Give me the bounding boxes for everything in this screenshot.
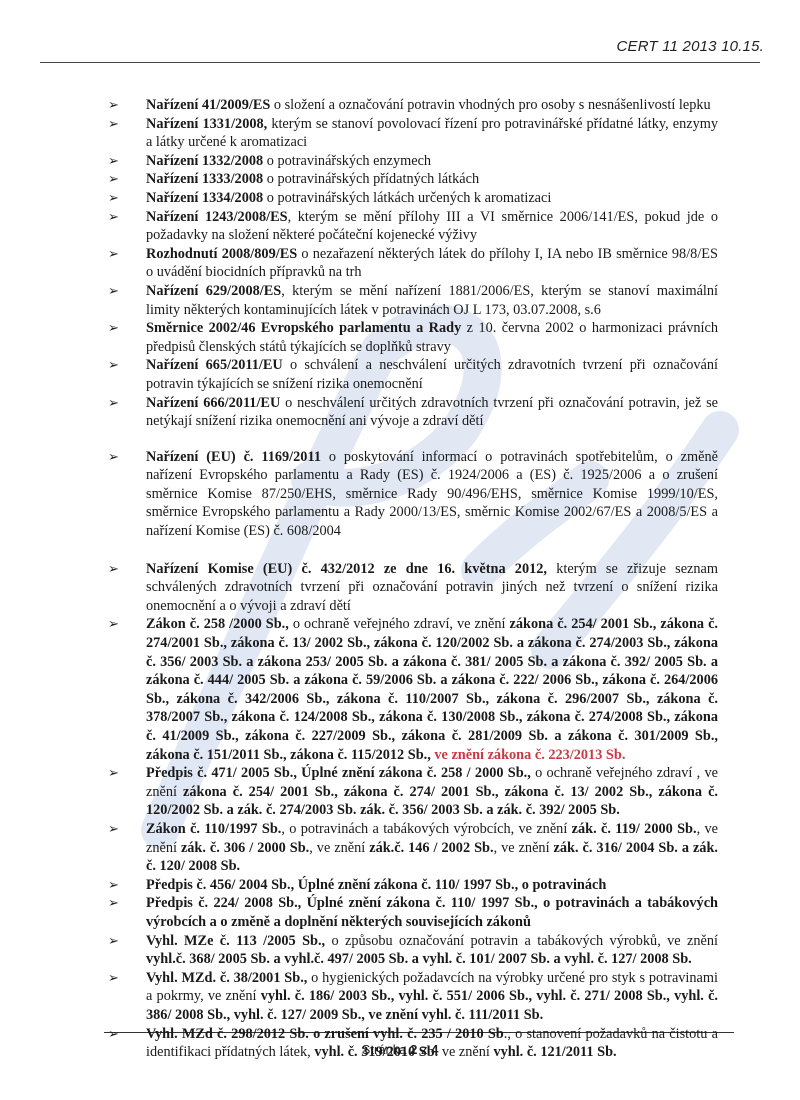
arrow-bullet-icon: ➢: [108, 282, 119, 301]
list-item: ➢Zákon č. 110/1997 Sb., o potravinách a …: [100, 820, 718, 876]
regulation-description: o složení a označování potravin vhodných…: [270, 97, 710, 113]
arrow-bullet-icon: ➢: [108, 894, 119, 913]
regulation-reference: Zákon č. 258 /2000 Sb.,: [146, 616, 289, 632]
regulation-reference: Nařízení 666/2011/EU: [146, 395, 280, 411]
regulation-reference: Vyhl. MZd č. 298/2012 Sb. o zrušení vyhl…: [146, 1026, 504, 1042]
regulation-description: o potravinářských látkách určených k aro…: [263, 190, 551, 206]
arrow-bullet-icon: ➢: [108, 245, 119, 264]
arrow-bullet-icon: ➢: [108, 96, 119, 115]
regulation-reference: zák. č. 306 / 2000 Sb.: [181, 840, 309, 856]
regulation-description: o potravinářských enzymech: [263, 153, 431, 169]
regulation-reference: Nařízení 1333/2008: [146, 171, 263, 187]
header-divider: [40, 62, 760, 63]
list-item: ➢Nařízení 666/2011/EU o neschválení urči…: [100, 394, 718, 431]
arrow-bullet-icon: ➢: [108, 1025, 119, 1044]
regulation-reference: Nařízení 629/2008/ES: [146, 283, 281, 299]
regulation-description: ve znění: [438, 1044, 493, 1060]
regulation-reference: Směrnice 2002/46 Evropského parlamentu a…: [146, 320, 461, 336]
arrow-bullet-icon: ➢: [108, 764, 119, 783]
list-item: ➢Předpis č. 456/ 2004 Sb., Úplné znění z…: [100, 876, 718, 895]
arrow-bullet-icon: ➢: [108, 319, 119, 338]
regulation-reference: Nařízení 1334/2008: [146, 190, 263, 206]
list-item: ➢Nařízení Komise (EU) č. 432/2012 ze dne…: [100, 560, 718, 616]
regulation-reference: Nařízení 1243/2008/ES: [146, 209, 288, 225]
regulation-reference: vyhl. č. 319/2010 Sb.: [314, 1044, 438, 1060]
regulation-reference: vyhl.č. 368/ 2005 Sb. a vyhl.č. 497/ 200…: [146, 951, 692, 967]
regulation-reference: zákona č. 254/ 2001 Sb., zákona č. 274/2…: [146, 616, 718, 762]
amendment-highlight: ve znění zákona č. 223/2013 Sb.: [431, 747, 626, 763]
regulation-description: o potravinářských přídatných látkách: [263, 171, 479, 187]
regulation-reference: Nařízení 665/2011/EU: [146, 357, 283, 373]
arrow-bullet-icon: ➢: [108, 876, 119, 895]
arrow-bullet-icon: ➢: [108, 356, 119, 375]
regulation-reference: Předpis č. 471/ 2005 Sb., Úplné znění zá…: [146, 765, 531, 781]
regulation-reference: Vyhl. MZd. č. 38/2001 Sb.,: [146, 970, 307, 986]
list-item: ➢Nařízení (EU) č. 1169/2011 o poskytován…: [100, 448, 718, 541]
list-item: ➢Nařízení 629/2008/ES, kterým se mění na…: [100, 282, 718, 319]
list-item: ➢Předpis č. 471/ 2005 Sb., Úplné znění z…: [100, 764, 718, 820]
arrow-bullet-icon: ➢: [108, 969, 119, 988]
regulation-reference: zák.č. 146 / 2002 Sb.: [369, 840, 493, 856]
list-item: ➢Směrnice 2002/46 Evropského parlamentu …: [100, 319, 718, 356]
list-item: ➢Zákon č. 258 /2000 Sb., o ochraně veřej…: [100, 615, 718, 764]
list-item: ➢Vyhl. MZd. č. 38/2001 Sb., o hygienický…: [100, 969, 718, 1025]
regulation-description: o způsobu označování potravin a tabákový…: [325, 933, 718, 949]
list-item: ➢Nařízení 1332/2008 o potravinářských en…: [100, 152, 718, 171]
regulation-reference: Nařízení (EU) č. 1169/2011: [146, 449, 321, 465]
regulation-reference: Nařízení 41/2009/ES: [146, 97, 270, 113]
page-header: CERT 11 2013 10.15.: [0, 0, 800, 72]
regulation-description: , ve znění: [309, 840, 369, 856]
list-item: ➢Vyhl. MZe č. 113 /2005 Sb., o způsobu o…: [100, 932, 718, 969]
regulation-reference: zák. č. 119/ 2000 Sb.: [572, 821, 697, 837]
regulation-description: , o potravinách a tabákových výrobcích, …: [281, 821, 571, 837]
list-item: ➢Nařízení 1243/2008/ES, kterým se mění p…: [100, 208, 718, 245]
list-item: ➢Nařízení 1334/2008 o potravinářských lá…: [100, 189, 718, 208]
arrow-bullet-icon: ➢: [108, 394, 119, 413]
list-item: ➢Nařízení 665/2011/EU o schválení a nesc…: [100, 356, 718, 393]
arrow-bullet-icon: ➢: [108, 560, 119, 579]
arrow-bullet-icon: ➢: [108, 208, 119, 227]
arrow-bullet-icon: ➢: [108, 189, 119, 208]
arrow-bullet-icon: ➢: [108, 115, 119, 134]
document-code: CERT 11 2013 10.15.: [616, 38, 764, 55]
arrow-bullet-icon: ➢: [108, 820, 119, 839]
regulation-reference: vyhl. č. 121/2011 Sb.: [493, 1044, 616, 1060]
regulation-description: , ve znění: [494, 840, 554, 856]
regulation-description: o ochraně veřejného zdraví, ve znění: [289, 616, 510, 632]
list-item: ➢Vyhl. MZd č. 298/2012 Sb. o zrušení vyh…: [100, 1025, 718, 1062]
arrow-bullet-icon: ➢: [108, 615, 119, 634]
list-item: ➢Nařízení 1331/2008, kterým se stanoví p…: [100, 115, 718, 152]
regulation-reference: Nařízení Komise (EU) č. 432/2012 ze dne …: [146, 561, 547, 577]
regulation-reference: Rozhodnutí 2008/809/ES: [146, 246, 297, 262]
regulation-reference: Nařízení 1331/2008,: [146, 116, 267, 132]
legislation-list: ➢Nařízení 41/2009/ES o složení a označov…: [100, 96, 718, 1062]
list-item: ➢Předpis č. 224/ 2008 Sb., Úplné znění z…: [100, 894, 718, 931]
regulation-reference: Nařízení 1332/2008: [146, 153, 263, 169]
list-item: ➢Nařízení 1333/2008 o potravinářských př…: [100, 170, 718, 189]
regulation-reference: zákona č. 254/ 2001 Sb., zákona č. 274/ …: [146, 784, 718, 819]
list-item: ➢Rozhodnutí 2008/809/ES o nezařazení něk…: [100, 245, 718, 282]
arrow-bullet-icon: ➢: [108, 152, 119, 171]
regulation-reference: Vyhl. MZe č. 113 /2005 Sb.,: [146, 933, 325, 949]
arrow-bullet-icon: ➢: [108, 448, 119, 467]
regulation-reference: Předpis č. 224/ 2008 Sb., Úplné znění zá…: [146, 895, 718, 930]
regulation-reference: Zákon č. 110/1997 Sb.: [146, 821, 281, 837]
regulation-reference: Předpis č. 456/ 2004 Sb., Úplné znění zá…: [146, 877, 606, 893]
arrow-bullet-icon: ➢: [108, 932, 119, 951]
arrow-bullet-icon: ➢: [108, 170, 119, 189]
list-item: ➢Nařízení 41/2009/ES o složení a označov…: [100, 96, 718, 115]
